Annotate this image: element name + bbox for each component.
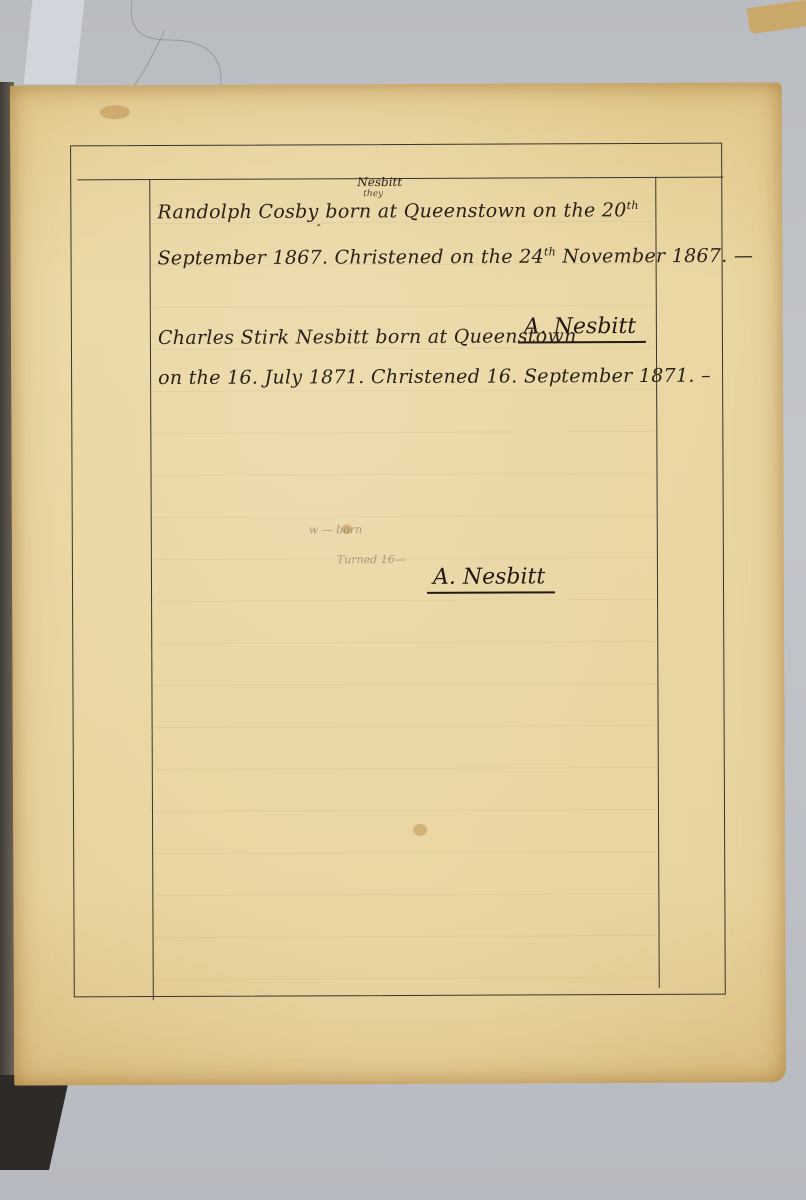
ledger-table: Nesbitt they Randolph Cosby‸ born at Que…	[70, 143, 726, 998]
faint-pencil-note: Turned 16—	[337, 553, 406, 566]
signature: A. Nesbitt	[427, 564, 555, 594]
inserted-surname: Nesbitt	[357, 175, 402, 189]
register-entry-1: Nesbitt they Randolph Cosby‸ born at Que…	[157, 186, 657, 279]
pencil-scribble	[80, 0, 230, 95]
inserted-word: they	[363, 189, 383, 199]
background-paper-strip	[24, 0, 85, 84]
entry-line: September 1867. Christened on the 24th N…	[157, 232, 657, 279]
faint-ruled-lines	[151, 180, 657, 996]
book-cover-bottom	[0, 1075, 70, 1170]
entry-line: Charles Stirk Nesbitt born at Queenstown	[158, 316, 658, 358]
insertion-caret: ‸	[317, 213, 321, 227]
background-corner-scrap	[747, 0, 806, 34]
faint-pencil-note: w — born	[309, 523, 362, 536]
foxing-stain	[100, 105, 130, 119]
entry-line: Randolph Cosby‸ born at Queenstown on th…	[157, 186, 657, 235]
entry-line: on the 16. July 1871. Christened 16. Sep…	[158, 356, 658, 398]
register-entry-2: Charles Stirk Nesbitt born at Queenstown…	[158, 316, 658, 398]
register-page: Nesbitt they Randolph Cosby‸ born at Que…	[10, 82, 786, 1085]
